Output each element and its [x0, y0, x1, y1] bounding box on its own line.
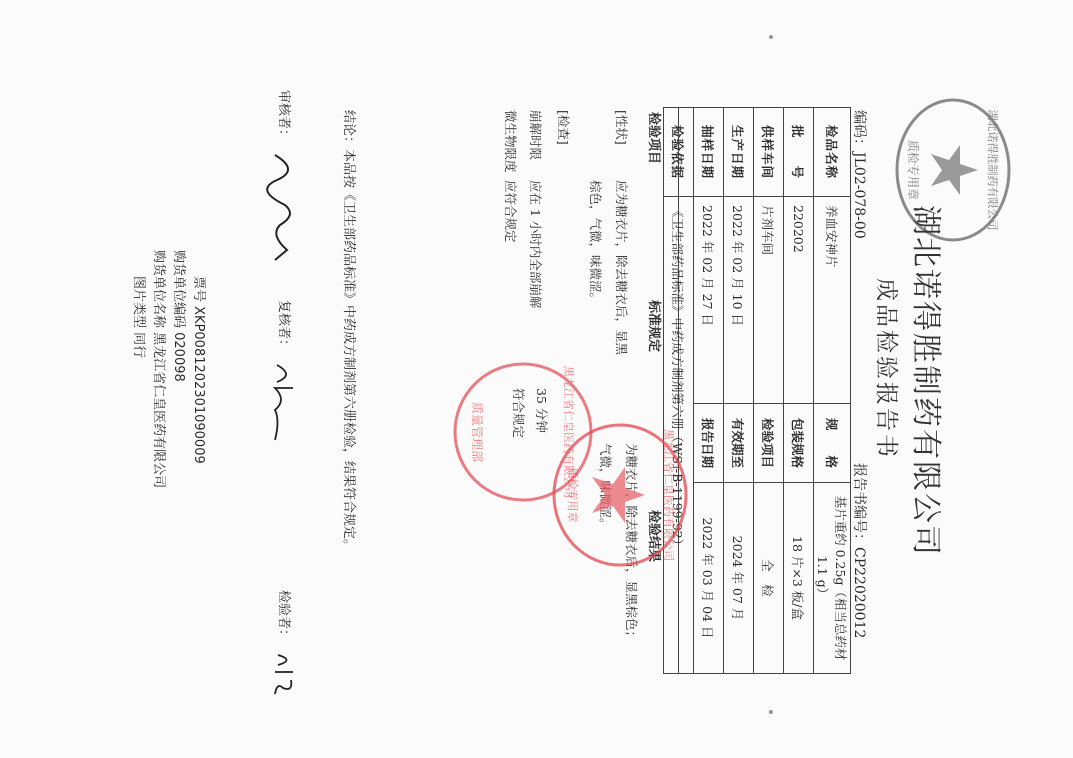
scan-speck	[769, 35, 773, 39]
disintegration-standard: 应在 1 小时内全部崩解	[527, 180, 545, 308]
buyer-code: 购货单位编码 020098	[171, 250, 190, 382]
svg-text:质检专用章: 质检专用章	[906, 140, 921, 200]
svg-text:黑龙江省仁皇医药有限公司: 黑龙江省仁皇医药有限公司	[562, 366, 576, 498]
inspector-label: 检验者：	[276, 590, 295, 642]
checker-signature	[265, 360, 305, 450]
info-value: 2022 年 03 月 04 日	[694, 483, 724, 674]
company-name: 湖北诺得胜制药有限公司	[907, 205, 951, 557]
svg-text:湖北诺得胜制药有限公司: 湖北诺得胜制药有限公司	[986, 110, 1000, 231]
items-header-item: 检验项目	[646, 112, 665, 164]
disintegration-item: 崩解时限	[527, 110, 545, 160]
info-row: 检品名称养血安神片规 格基片重约 0.25g（相当总药材 1.1 g）	[814, 108, 851, 674]
info-value: 养血安神片	[814, 197, 851, 404]
appearance-standard-line1: 应为糖衣片，除去糖衣后，显黑	[613, 180, 631, 355]
info-label: 规 格	[814, 404, 851, 483]
info-value: 全 检	[754, 483, 784, 674]
info-value: 18 片×3 板/盒	[784, 483, 814, 674]
info-label: 有效期至	[724, 404, 754, 483]
appearance-standard-line2: 棕色，气微，味微涩。	[587, 180, 605, 305]
info-row: 生产日期2022 年 02 月 10 日有效期至2024 年 07 月	[724, 108, 754, 674]
buyer-quality-dept-stamp-red: 黑龙江省仁皇医药有限公司 质量管理部	[450, 360, 595, 505]
items-divider	[678, 107, 679, 674]
info-value: 2024 年 07 月	[724, 483, 754, 674]
info-label: 检品名称	[814, 108, 851, 197]
info-row: 批 号220202包装规格18 片×3 板/盒	[784, 108, 814, 674]
info-value: 220202	[784, 197, 814, 404]
info-label: 报告日期	[694, 404, 724, 483]
checker-label: 复核者：	[276, 300, 295, 352]
section-checks-title: [检查]	[555, 110, 573, 145]
reviewer-label: 审核者：	[276, 90, 295, 142]
report-number: 报告书编号：CP22020012	[850, 463, 870, 638]
microbial-standard: 应符合规定	[502, 180, 520, 243]
info-label: 包装规格	[784, 404, 814, 483]
info-label: 供样车间	[754, 108, 784, 197]
svg-text:质量管理部: 质量管理部	[470, 402, 485, 462]
conclusion-text: 结论：本品按《卫生部药品标准》中药成方制剂第六册检验，结果符合规定。	[341, 110, 360, 552]
info-value: 基片重约 0.25g（相当总药材 1.1 g）	[814, 483, 851, 674]
svg-text:黑龙江省仁皇医药有限公司: 黑龙江省仁皇医药有限公司	[662, 429, 676, 561]
info-label: 检验项目	[754, 404, 784, 483]
info-value: 片剂车间	[754, 197, 784, 404]
buyer-name: 购货单位名称 黑龙江省仁皇医药有限公司	[151, 250, 170, 488]
info-label: 抽样日期	[694, 108, 724, 197]
info-row: 供样车间片剂车间检验项目全 检	[754, 108, 784, 674]
document-code: 编码：JL02-078-00	[850, 110, 870, 239]
info-value: 2022 年 02 月 27 日	[694, 197, 724, 404]
round-stamp-icon: 黑龙江省仁皇医药有限公司 质量管理部	[450, 360, 595, 505]
microbial-item: 微生物限度	[502, 110, 520, 173]
scan-speck	[769, 710, 773, 714]
ticket-number: 票号 XKP0081202301090009	[191, 276, 210, 464]
inspection-report-page: 湖北诺得胜制药有限公司 质检专用章 湖北诺得胜制药有限公司 成品检验报告书 编码…	[0, 0, 1073, 758]
product-info-table: 检品名称养血安神片规 格基片重约 0.25g（相当总药材 1.1 g）批 号22…	[663, 107, 851, 674]
reviewer-signature	[265, 150, 305, 270]
info-value: 2022 年 02 月 10 日	[724, 197, 754, 404]
inspector-signature	[269, 650, 303, 700]
items-header-standard: 标准规定	[646, 300, 665, 352]
info-label: 批 号	[784, 108, 814, 197]
report-title: 成品检验报告书	[872, 278, 905, 460]
info-label: 生产日期	[724, 108, 754, 197]
image-type: 图片类型 同行	[131, 276, 150, 358]
info-row: 抽样日期2022 年 02 月 27 日报告日期2022 年 03 月 04 日	[694, 108, 724, 674]
section-appearance-title: [性状]	[613, 110, 631, 145]
